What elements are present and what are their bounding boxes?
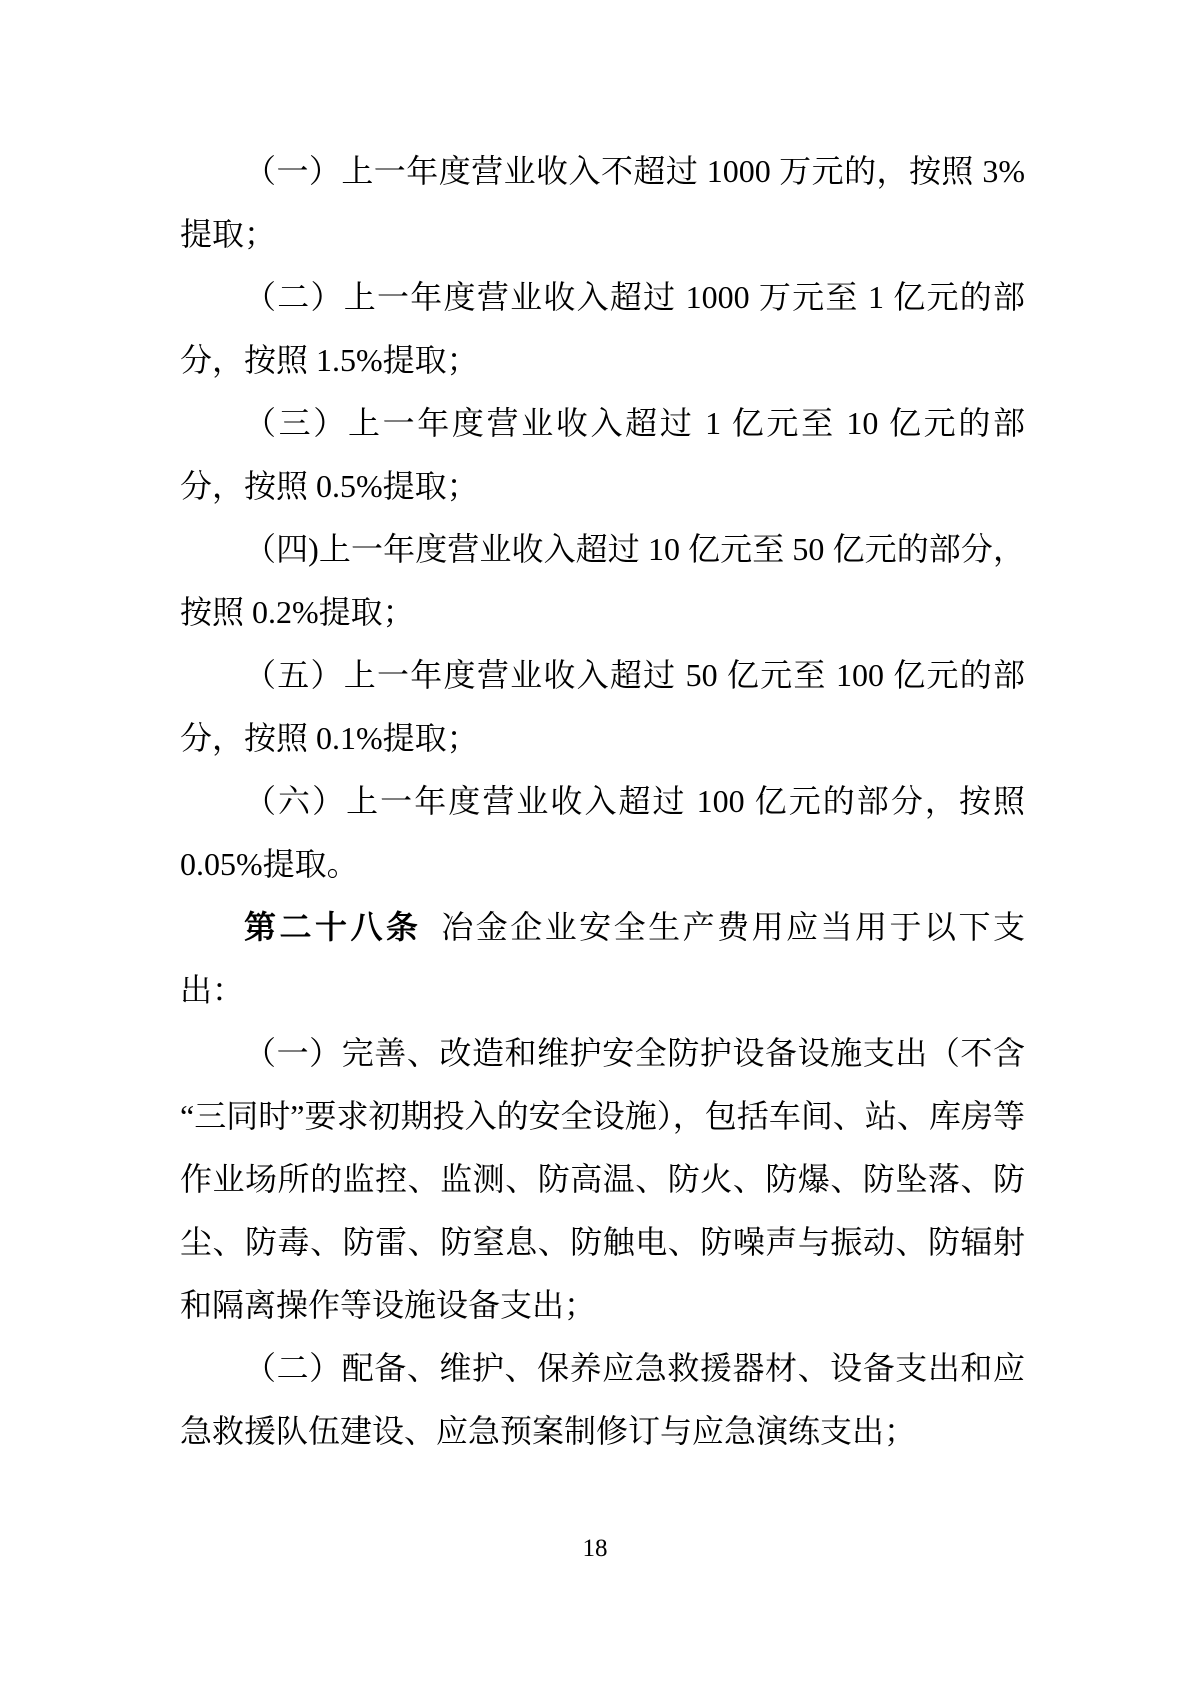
- page-footer: 18: [0, 1534, 1190, 1564]
- paragraph-clause-1: （一）上一年度营业收入不超过 1000 万元的，按照 3%提取；: [180, 140, 1025, 266]
- document-page: （一）上一年度营业收入不超过 1000 万元的，按照 3%提取； （二）上一年度…: [0, 0, 1190, 1683]
- paragraph-expense-item-2: （二）配备、维护、保养应急救援器材、设备支出和应急救援队伍建设、应急预案制修订与…: [180, 1337, 1025, 1463]
- document-body: （一）上一年度营业收入不超过 1000 万元的，按照 3%提取； （二）上一年度…: [180, 140, 1025, 1463]
- page-number: 18: [583, 1535, 608, 1562]
- paragraph-clause-3: （三）上一年度营业收入超过 1 亿元至 10 亿元的部分，按照 0.5%提取；: [180, 392, 1025, 518]
- paragraph-article-28: 第二十八条冶金企业安全生产费用应当用于以下支出：: [180, 896, 1025, 1022]
- paragraph-clause-5: （五）上一年度营业收入超过 50 亿元至 100 亿元的部分，按照 0.1%提取…: [180, 644, 1025, 770]
- paragraph-expense-item-1: （一）完善、改造和维护安全防护设备设施支出（不含“三同时”要求初期投入的安全设施…: [180, 1022, 1025, 1337]
- paragraph-clause-6: （六）上一年度营业收入超过 100 亿元的部分，按照 0.05%提取。: [180, 770, 1025, 896]
- paragraph-clause-2: （二）上一年度营业收入超过 1000 万元至 1 亿元的部分，按照 1.5%提取…: [180, 266, 1025, 392]
- paragraph-clause-4: （四)上一年度营业收入超过 10 亿元至 50 亿元的部分，按照 0.2%提取；: [180, 518, 1025, 644]
- article-number: 第二十八条: [244, 909, 421, 945]
